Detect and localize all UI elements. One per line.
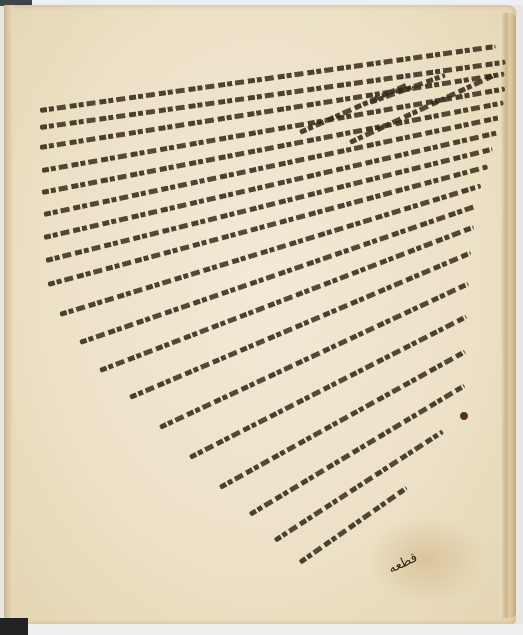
text-line — [40, 60, 506, 130]
calligraphy-text-block — [0, 0, 523, 635]
scan-frame: قطعه — [0, 0, 523, 635]
text-line — [40, 72, 505, 150]
text-line — [189, 315, 467, 460]
ink-dot-mark — [460, 412, 468, 420]
text-line — [299, 486, 408, 565]
